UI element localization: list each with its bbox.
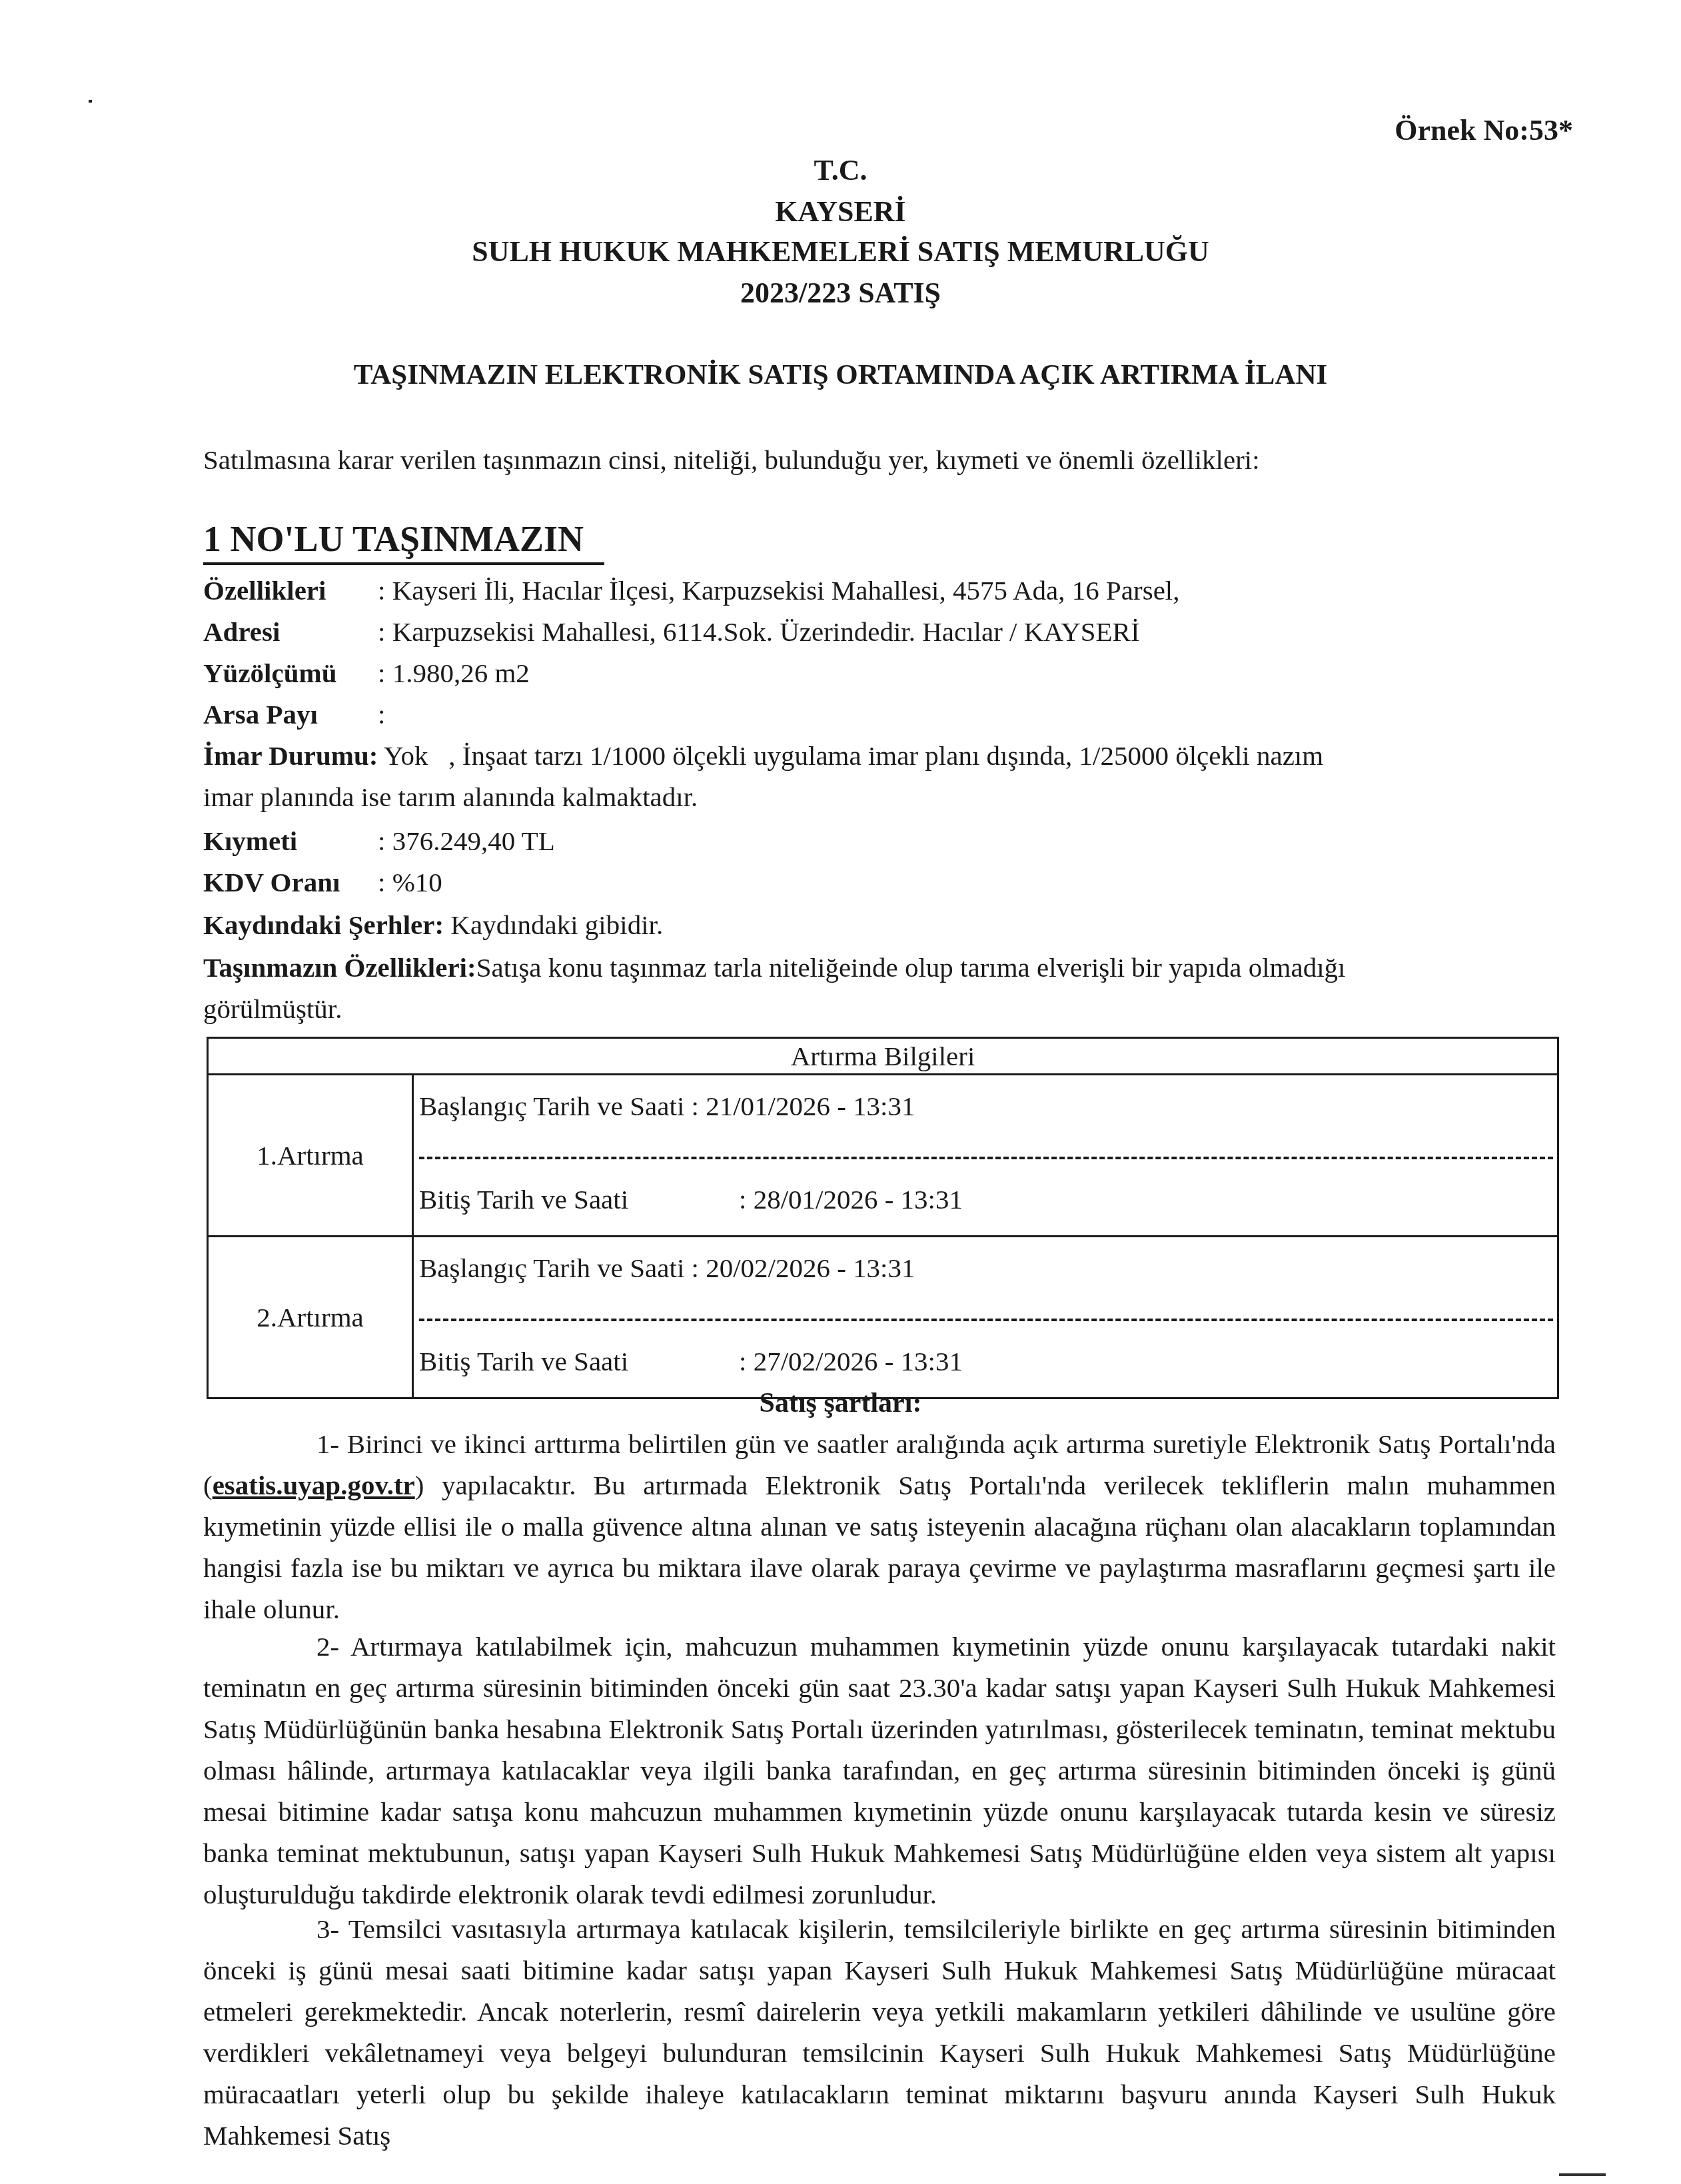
auction-start: Başlangıç Tarih ve Saati : 20/02/2026 - … <box>419 1241 1557 1295</box>
sample-number: Örnek No:53* <box>1395 113 1573 147</box>
condition-3-text: 3- Temsilci vasıtasıyla artırmaya katıla… <box>203 1913 1556 2151</box>
field-zoning-label: İmar Durumu: <box>203 740 378 772</box>
auction-end-label: Bitiş Tarih ve Saati <box>419 1173 739 1226</box>
scan-speck <box>89 100 92 103</box>
auction-end-value: : 27/02/2026 - 13:31 <box>739 1346 963 1376</box>
header-city: KAYSERİ <box>0 195 1681 229</box>
field-details: Taşınmazın Özellikleri:Satışa konu taşın… <box>203 951 1345 983</box>
intro-text: Satılmasına karar verilen taşınmazın cin… <box>203 444 1260 476</box>
property-title-underline <box>203 562 604 565</box>
field-annotations-label: Kaydındaki Şerhler: <box>203 909 444 941</box>
field-land-share: Arsa Payı: <box>203 698 385 730</box>
auction-start: Başlangıç Tarih ve Saati : 21/01/2026 - … <box>419 1079 1557 1133</box>
document-title: TAŞINMAZIN ELEKTRONİK SATIŞ ORTAMINDA AÇ… <box>0 358 1681 391</box>
property-title: 1 NO'LU TAŞINMAZIN <box>203 518 584 560</box>
field-vat-label: KDV Oranı <box>203 866 378 898</box>
auction-end: Bitiş Tarih ve Saati: 28/01/2026 - 13:31 <box>419 1173 1557 1226</box>
field-land-share-value: : <box>378 699 385 730</box>
dashed-separator <box>419 1295 1553 1321</box>
field-vat: KDV Oranı: %10 <box>203 866 442 898</box>
dashed-separator <box>419 1133 1553 1159</box>
sale-conditions-title: Satış şartları: <box>0 1387 1681 1419</box>
field-address-label: Adresi <box>203 616 378 648</box>
table-row: 2.Artırma Başlangıç Tarih ve Saati : 20/… <box>208 1237 1558 1398</box>
header-case-number: 2023/223 SATIŞ <box>0 276 1681 310</box>
page-footer-mark <box>1559 2173 1606 2176</box>
field-value-value: : 376.249,40 TL <box>378 825 555 856</box>
auction-start-value: : 21/01/2026 - 13:31 <box>692 1091 915 1121</box>
field-address: Adresi: Karpuzsekisi Mahallesi, 6114.Sok… <box>203 616 1140 648</box>
field-area: Yüzölçümü: 1.980,26 m2 <box>203 657 530 689</box>
field-annotations: Kaydındaki Şerhler: Kaydındaki gibidir. <box>203 909 663 941</box>
header-tc: T.C. <box>0 153 1681 187</box>
field-details-continued: görülmüştür. <box>203 993 342 1025</box>
field-area-label: Yüzölçümü <box>203 657 378 689</box>
auction-start-label: Başlangıç Tarih ve Saati <box>419 1079 684 1133</box>
field-address-value: : Karpuzsekisi Mahallesi, 6114.Sok. Üzer… <box>378 616 1140 647</box>
auction-table-header: Artırma Bilgileri <box>208 1038 1558 1075</box>
field-details-label: Taşınmazın Özellikleri: <box>203 951 476 983</box>
auction-round-times: Başlangıç Tarih ve Saati : 21/01/2026 - … <box>413 1075 1558 1237</box>
auction-start-value: : 20/02/2026 - 13:31 <box>692 1253 915 1283</box>
auction-round-label: 1.Artırma <box>208 1075 413 1237</box>
esatis-link[interactable]: esatis.uyap.gov.tr <box>213 1470 415 1500</box>
field-land-share-label: Arsa Payı <box>203 698 378 730</box>
field-area-value: : 1.980,26 m2 <box>378 658 530 688</box>
field-value-label: Kıymeti <box>203 825 378 857</box>
field-zoning-continued: imar planında ise tarım alanında kalmakt… <box>203 781 698 813</box>
field-features: Özellikleri: Kayseri İli, Hacılar İlçesi… <box>203 574 1179 606</box>
auction-round-label: 2.Artırma <box>208 1237 413 1398</box>
field-value: Kıymeti: 376.249,40 TL <box>203 825 555 857</box>
field-features-label: Özellikleri <box>203 574 378 606</box>
table-row: 1.Artırma Başlangıç Tarih ve Saati : 21/… <box>208 1075 1558 1237</box>
auction-end-label: Bitiş Tarih ve Saati <box>419 1335 739 1388</box>
field-vat-value: : %10 <box>378 867 442 897</box>
auction-round-times: Başlangıç Tarih ve Saati : 20/02/2026 - … <box>413 1237 1558 1398</box>
auction-end-value: : 28/01/2026 - 13:31 <box>739 1184 963 1215</box>
auction-info-table: Artırma Bilgileri 1.Artırma Başlangıç Ta… <box>207 1037 1559 1399</box>
auction-end: Bitiş Tarih ve Saati: 27/02/2026 - 13:31 <box>419 1335 1557 1388</box>
field-features-value: : Kayseri İli, Hacılar İlçesi, Karpuzsek… <box>378 575 1179 606</box>
field-zoning: İmar Durumu: Yok , İnşaat tarzı 1/1000 ö… <box>203 740 1323 772</box>
auction-start-label: Başlangıç Tarih ve Saati <box>419 1241 684 1295</box>
field-zoning-value: Yok , İnşaat tarzı 1/1000 ölçekli uygula… <box>378 740 1323 771</box>
field-details-value: Satışa konu taşınmaz tarla niteliğeinde … <box>476 952 1346 983</box>
header-office: SULH HUKUK MAHKEMELERİ SATIŞ MEMURLUĞU <box>0 235 1681 269</box>
condition-paragraph-2: 2- Artırmaya katılabilmek için, mahcuzun… <box>203 1626 1556 1915</box>
condition-paragraph-1: 1- Birinci ve ikinci arttırma belirtilen… <box>203 1423 1556 1630</box>
field-annotations-value: Kaydındaki gibidir. <box>444 909 663 940</box>
condition-paragraph-3: 3- Temsilci vasıtasıyla artırmaya katıla… <box>203 1908 1556 2156</box>
condition-2-text: 2- Artırmaya katılabilmek için, mahcuzun… <box>203 1631 1556 1910</box>
